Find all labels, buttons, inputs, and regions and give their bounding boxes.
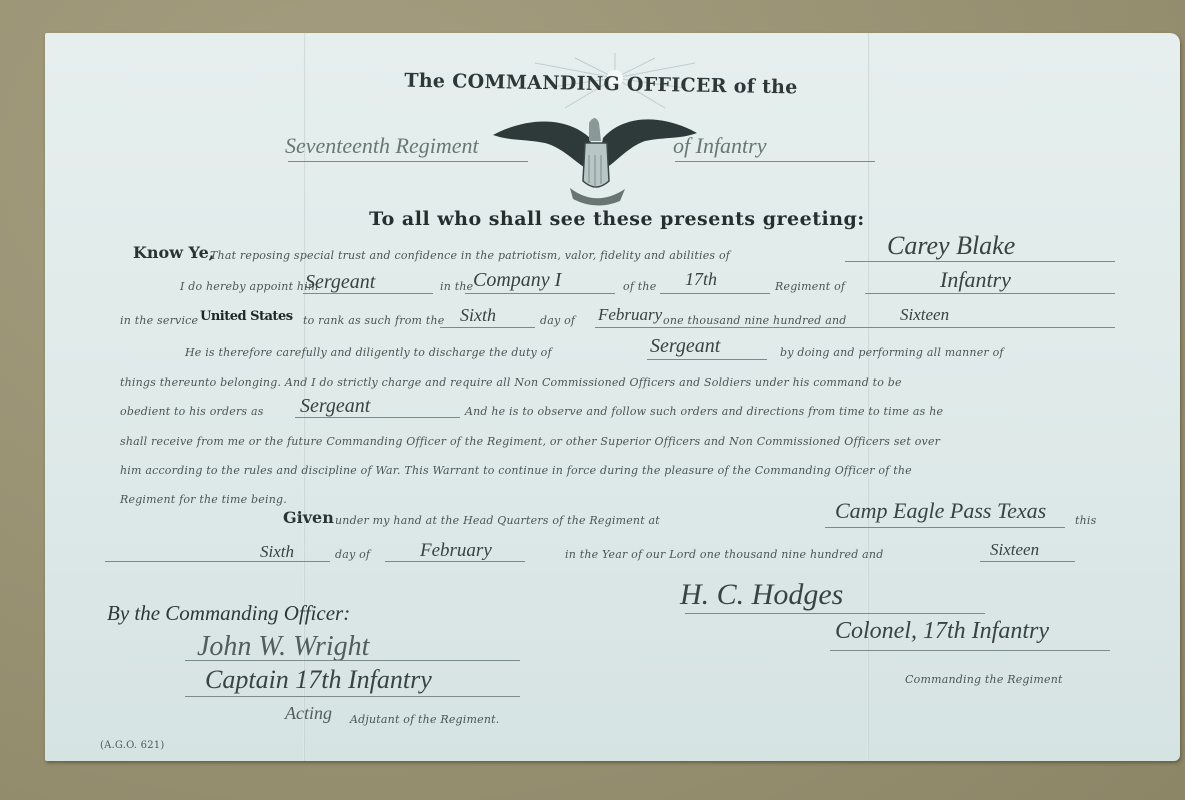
body-text: in the Year of our Lord one thousand nin… [565,548,883,561]
body-text: in the [440,280,473,293]
regiment-name: Seventeenth Regiment [285,133,479,159]
given-month-field: February [420,540,492,562]
from-year-field: Sixteen [900,305,949,325]
body-text: And he is to observe and follow such ord… [465,405,943,418]
know-ye-heading: Know Ye, [133,243,214,262]
fold-line [867,33,870,761]
by-co-heading: By the Commanding Officer: [107,601,350,626]
greeting-heading: To all who shall see these presents gree… [347,208,887,230]
appointee-name: Carey Blake [887,231,1015,261]
given-day-field: Sixth [260,542,294,562]
regiment-branch: of Infantry [673,133,767,159]
body-text: of the [623,280,656,293]
body-text: shall receive from me or the future Comm… [120,435,940,448]
body-text: day of [335,548,370,561]
body-text: him according to the rules and disciplin… [120,464,912,477]
given-year-field: Sixteen [990,540,1039,560]
body-text: Regiment of [775,280,845,293]
body-text: in the service [120,314,198,327]
united-states-stamp: United States [200,309,293,324]
body-text: this [1075,514,1096,527]
commanding-label: Commanding the Regiment [905,673,1063,686]
adjutant-signature: John W. Wright [197,631,369,663]
adjutant-title: Captain 17th Infantry [205,665,432,695]
body-text: That reposing special trust and confiden… [210,249,730,262]
from-month-field: February [598,305,662,325]
body-text: one thousand nine hundred and [663,314,847,327]
from-day-field: Sixth [460,305,496,326]
company-field: Company I [473,269,561,292]
body-text: under my hand at the Head Quarters of th… [335,514,660,527]
co-title: Colonel, 17th Infantry [835,618,1049,645]
duty-rank-field: Sergeant [650,335,720,358]
rank-field: Sergeant [305,271,375,294]
body-text: I do hereby appoint him [180,280,319,293]
body-text: by doing and performing all manner of [780,346,1004,359]
regiment-number-field: 17th [685,269,717,290]
warrant-document: The COMMANDING OFFICER of the Seventeent… [45,33,1180,761]
obey-rank-field: Sergeant [300,395,370,418]
body-text: He is therefore carefully and diligently… [185,346,552,359]
form-number: (A.G.O. 621) [100,740,164,751]
body-text: day of [540,314,575,327]
body-text: Regiment for the time being. [120,493,287,506]
body-text: to rank as such from the [303,314,444,327]
body-text: obedient to his orders as [120,405,264,418]
co-signature: H. C. Hodges [680,578,843,612]
body-text: things thereunto belonging. And I do str… [120,376,902,389]
location-field: Camp Eagle Pass Texas [835,498,1046,524]
adjutant-label: Adjutant of the Regiment. [350,713,499,726]
branch-field: Infantry [940,267,1011,293]
given-heading: Given [283,508,334,527]
acting-label: Acting [285,703,332,724]
eagle-emblem-icon [485,93,705,213]
